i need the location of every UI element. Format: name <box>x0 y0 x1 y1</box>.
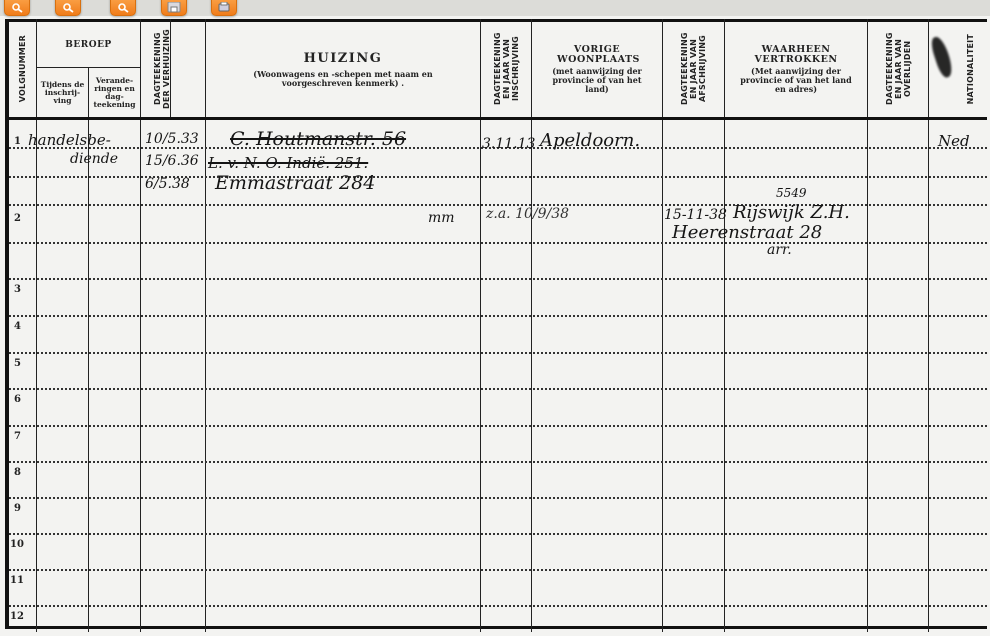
row-line <box>9 425 987 427</box>
verhuizing-date: 6/5.38 <box>145 176 190 192</box>
save-button[interactable] <box>161 0 187 16</box>
header-waarheen-vertrokken: WAARHEEN VERTROKKEN (Met aanwijzing der … <box>725 22 867 116</box>
row-number: 6 <box>14 394 21 405</box>
header-vorige-woonplaats: VORIGE WOONPLAATS (met aanwijzing der pr… <box>532 22 662 116</box>
header-beroep-tijdens: Tijdens de inschrij-ving <box>37 69 88 116</box>
row-line <box>9 605 987 607</box>
header-dagteekening-afschrijving: DAGTEEKENING EN JAAR VAN AFSCHRIJVING <box>663 22 724 116</box>
nationaliteit-entry: Ned <box>938 132 970 150</box>
row-line <box>9 315 987 317</box>
header-dagteekening-verhuizing: DAGTEEKENING DER VERHUIZING <box>141 22 205 116</box>
header-huizing: HUIZING (Woonwagens en -schepen met naam… <box>206 22 480 116</box>
afschrijving-date: 15-11-38 <box>664 207 727 223</box>
row-number: 7 <box>14 431 21 442</box>
header-beroep-veranderingen: Verande-ringen en dag-teekening <box>89 69 140 116</box>
waarheen-entry: Heerenstraat 28 <box>672 222 822 243</box>
row-line <box>9 569 987 571</box>
header-bottom-rule <box>5 117 987 120</box>
header-beroep: BEROEP <box>37 22 140 67</box>
row-number: 11 <box>10 575 24 586</box>
row-number: 9 <box>14 503 21 514</box>
verhuizing-date: 15/6.36 <box>145 153 199 169</box>
huizing-address: C. Houtmanstr. 56 <box>230 128 406 150</box>
inschrijving-date: 3.11.13 <box>482 136 535 152</box>
huizing-note: mm <box>428 210 455 226</box>
huizing-address: Emmastraat 284 <box>215 172 375 194</box>
waarheen-entry: arr. <box>767 242 792 258</box>
vorige-woonplaats-entry: Apeldoorn. <box>540 130 640 151</box>
row-number: 2 <box>14 213 21 224</box>
zoom-fit-button[interactable] <box>110 0 136 16</box>
register-card: VOLGNUMMER BEROEP Tijdens de inschrij-vi… <box>0 16 990 636</box>
floppy-disk-icon <box>167 2 181 13</box>
row-number: 3 <box>14 284 21 295</box>
row-line <box>9 461 987 463</box>
row-line <box>9 278 987 280</box>
zoom-out-button[interactable] <box>55 0 81 16</box>
verhuizing-date: 10/5.33 <box>145 131 199 147</box>
beroep-entry: diende <box>70 151 118 167</box>
waarheen-number: 5549 <box>776 186 807 200</box>
row-number: 8 <box>14 467 21 478</box>
row-line <box>9 497 987 499</box>
row-number: 12 <box>10 611 24 622</box>
beroep-entry: handelsbe- <box>28 131 111 149</box>
row-number: 1 <box>14 136 21 147</box>
header-dagteekening-overlijden: DAGTEEKENING EN JAAR VAN OVERLIJDEN <box>868 22 928 116</box>
huizing-address: L. v. N. O. Indië. 251. <box>208 154 368 172</box>
waarheen-entry: Rijswijk Z.H. <box>733 202 850 223</box>
magnifier-icon <box>11 3 23 13</box>
viewer-toolbar <box>0 0 990 16</box>
row-line <box>9 533 987 535</box>
row-line <box>9 388 987 390</box>
print-button[interactable] <box>211 0 237 16</box>
inschrijving-note: z.a. 10/9/38 <box>486 206 569 222</box>
header-dagteekening-inschrijving: DAGTEEKENING EN JAAR VAN INSCHRIJVING <box>481 22 531 116</box>
row-line <box>9 242 987 244</box>
row-number: 10 <box>10 539 24 550</box>
printer-icon <box>217 2 231 13</box>
zoom-in-button[interactable] <box>4 0 30 16</box>
row-number: 4 <box>14 321 21 332</box>
row-line <box>9 352 987 354</box>
magnifier-icon <box>117 3 129 13</box>
magnifier-icon <box>62 3 74 13</box>
row-number: 5 <box>14 358 21 369</box>
header-volgnummer: VOLGNUMMER <box>9 22 36 116</box>
